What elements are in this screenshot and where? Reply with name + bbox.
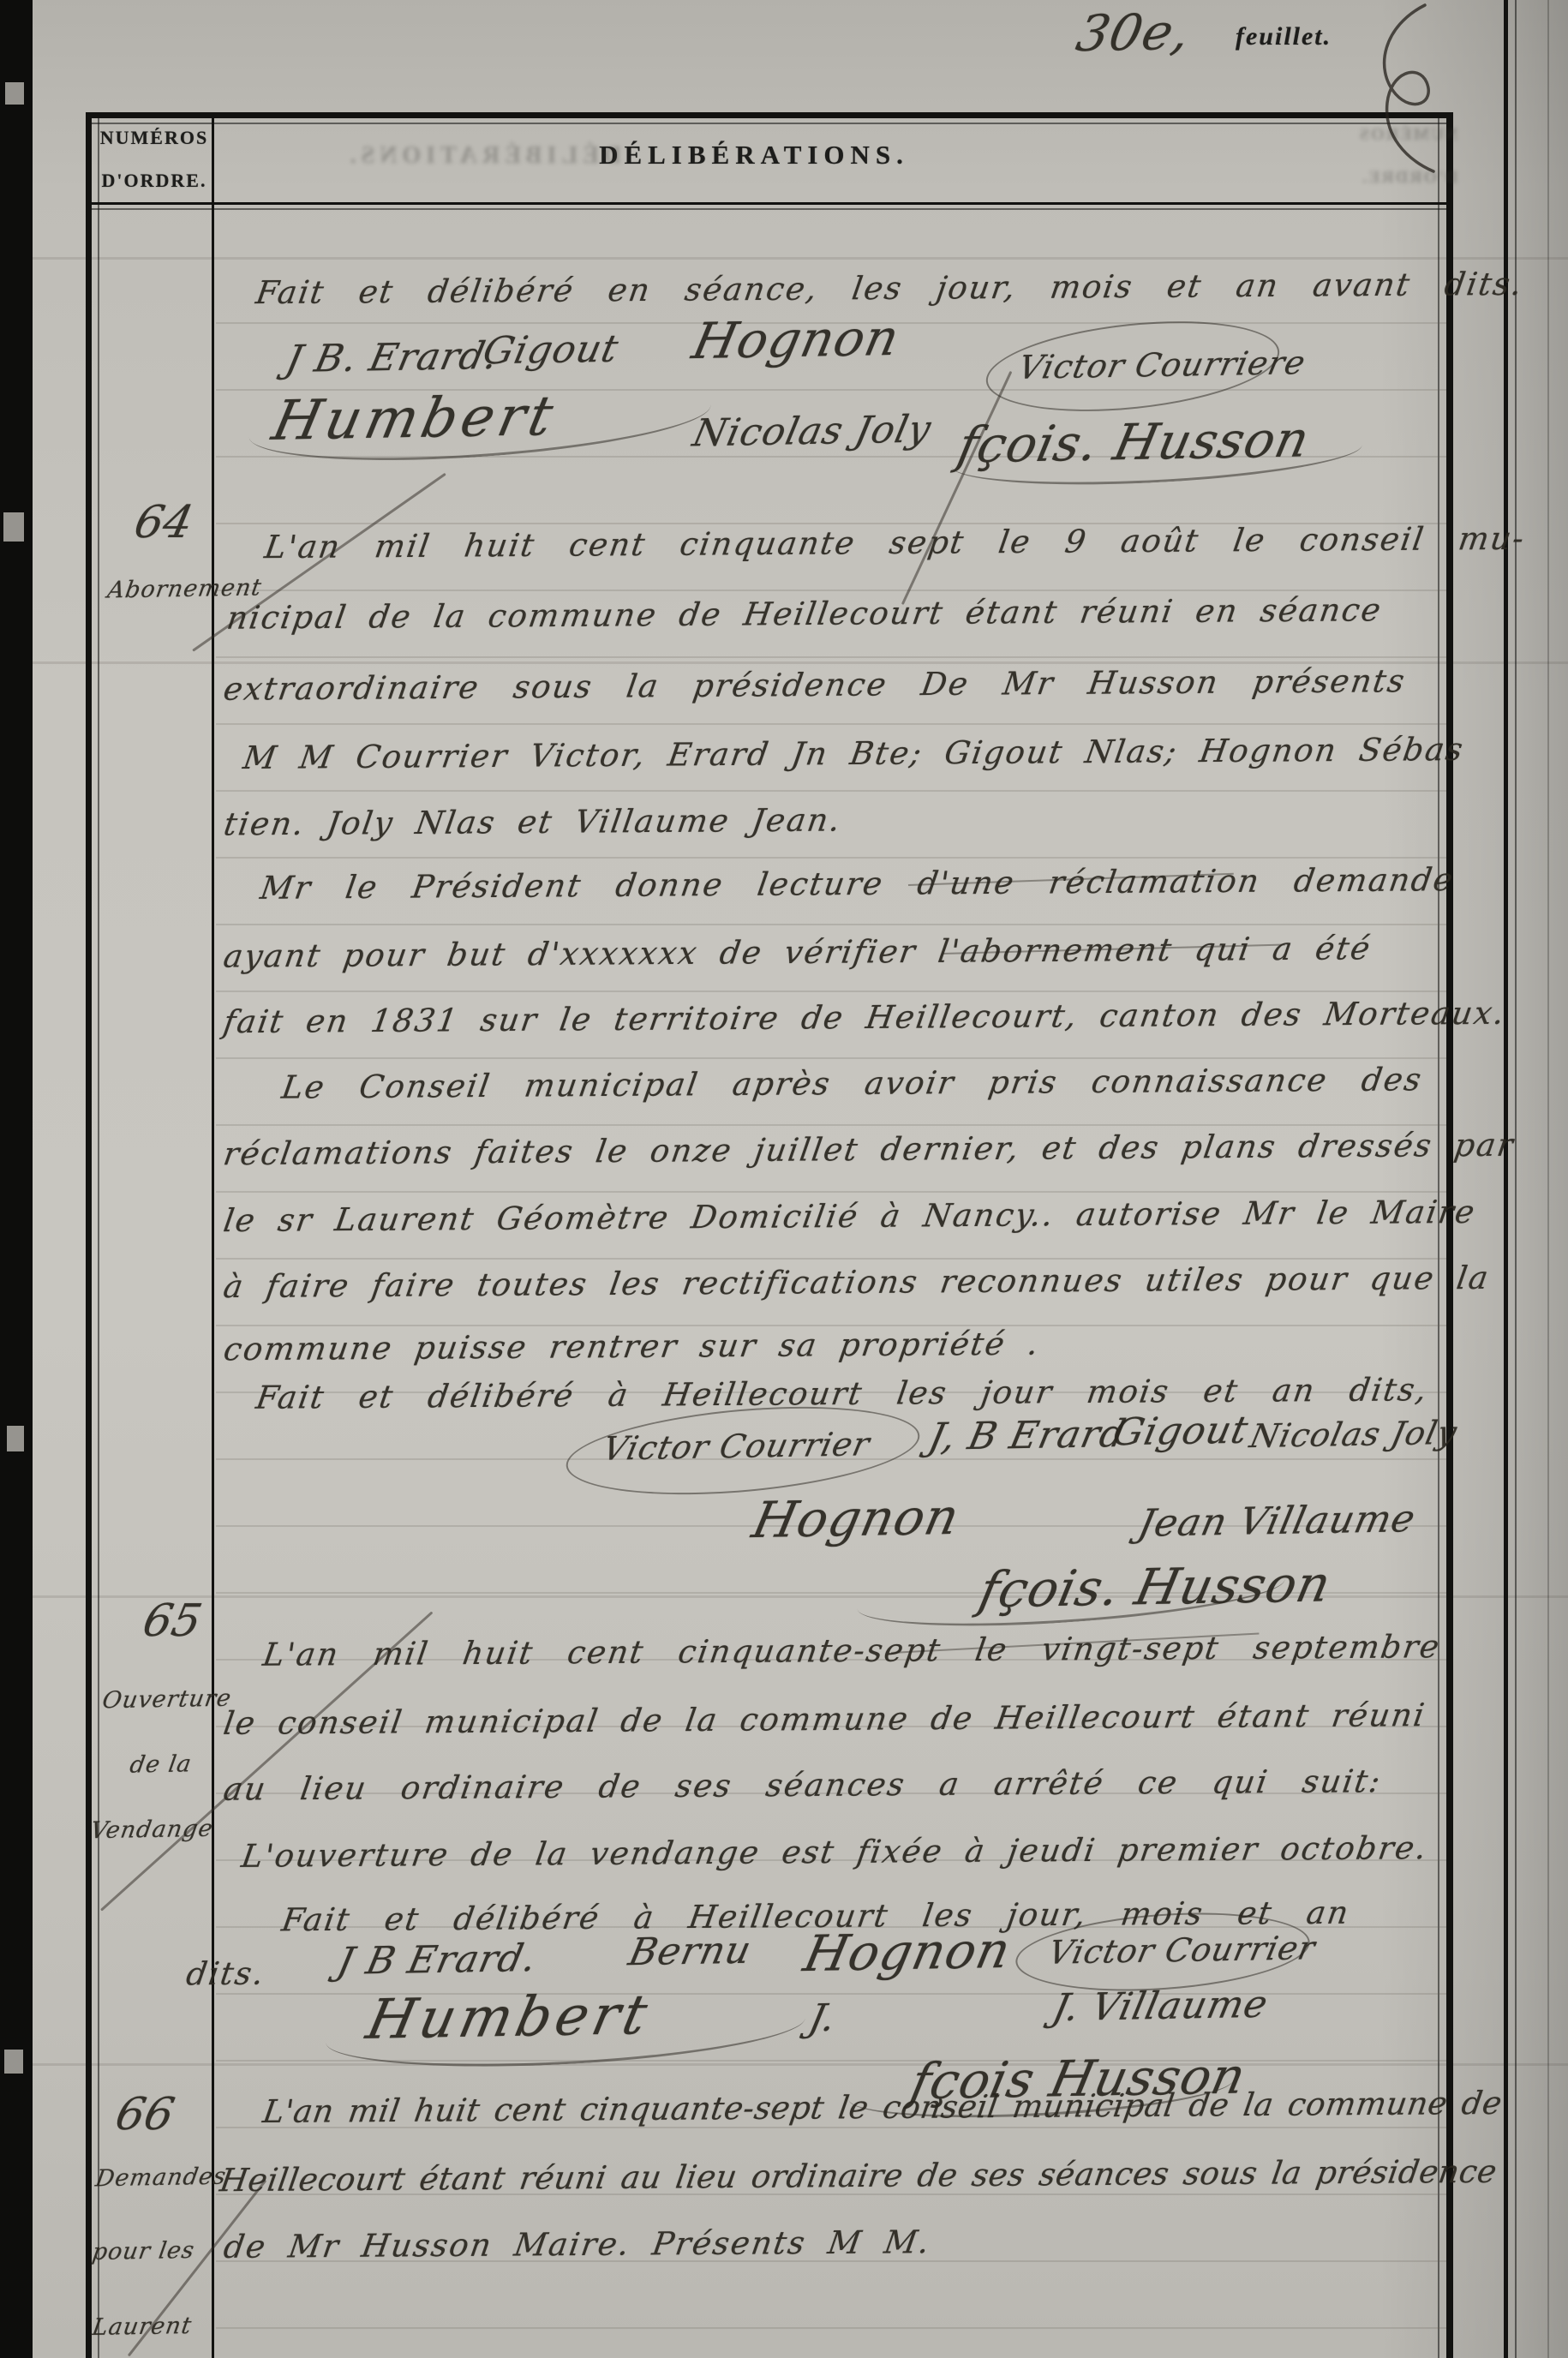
handwritten-line: tien. Joly Nlas et Villaume Jean. — [221, 801, 844, 842]
signature: Hognon — [687, 308, 905, 370]
binding-edge — [0, 0, 33, 2358]
signature: Gigout — [479, 327, 622, 374]
facing-page-edge-inner — [1515, 0, 1517, 2358]
folio-number: 30e, — [1071, 3, 1196, 63]
table-border-left — [86, 112, 92, 2358]
table-border-top-inner — [86, 123, 1453, 124]
signature: J B Erard. — [333, 1936, 541, 1984]
signature: Hognon — [799, 1921, 1016, 1983]
signature: J B. Erard. — [282, 334, 502, 381]
table-border-right — [1446, 112, 1453, 2358]
signature: Gigout — [1109, 1409, 1252, 1455]
margin-number: 64 — [130, 497, 198, 548]
margin-label: Demandes — [93, 2163, 228, 2193]
closing-line: dits. — [184, 1955, 268, 1993]
signature: Nicolas Joly — [1247, 1414, 1461, 1455]
margin-label: Vendange — [88, 1816, 215, 1844]
table-border-left-inner — [98, 112, 99, 2358]
signature: Nicolas Joly — [689, 408, 936, 456]
folio-label: feuillet. — [1236, 22, 1332, 51]
margin-label: Ouverture — [100, 1685, 233, 1715]
signature: Hognon — [747, 1487, 965, 1549]
handwritten-line: de Mr Husson Maire. Présents M M. — [221, 2223, 933, 2265]
handwritten-line: commune puisse rentrer sur sa propriété … — [221, 1326, 1042, 1368]
header-numeros-line2: D'ORDRE. — [98, 170, 211, 192]
margin-column-divider — [212, 112, 214, 2358]
signature: Humbert — [361, 1984, 656, 2052]
header-row-divider — [86, 202, 1453, 205]
header-numeros-line1: NUMÉROS — [98, 127, 211, 149]
signature: Humbert — [266, 385, 562, 453]
signature: Bernu — [625, 1929, 756, 1974]
signature: Victor Courriere — [1015, 344, 1309, 386]
signature: Victor Courrier — [600, 1425, 874, 1467]
table-border-top — [86, 112, 1453, 118]
margin-number: 66 — [111, 2089, 179, 2140]
margin-number: 65 — [139, 1595, 206, 1647]
signature: J, B Erard — [925, 1412, 1130, 1459]
signature: fçois. Husson — [974, 1554, 1337, 1619]
facing-page-crease — [1547, 0, 1549, 2358]
signature: Victor Courrier — [1045, 1929, 1320, 1971]
pen-flourish — [1324, 0, 1478, 180]
margin-label: de la — [128, 1751, 194, 1778]
signature: Jean Villaume — [1134, 1497, 1420, 1546]
margin-label: pour les — [90, 2237, 196, 2265]
facing-page-edge — [1504, 0, 1508, 2358]
header-row-divider-inner — [86, 208, 1453, 210]
margin-label: Laurent — [90, 2313, 194, 2341]
signature: fçois. Husson — [953, 410, 1315, 474]
ink-ghost-deliberations: DÉLIBÉRATIONS. — [338, 142, 621, 170]
signature: J. Villaume — [1049, 1983, 1272, 2030]
